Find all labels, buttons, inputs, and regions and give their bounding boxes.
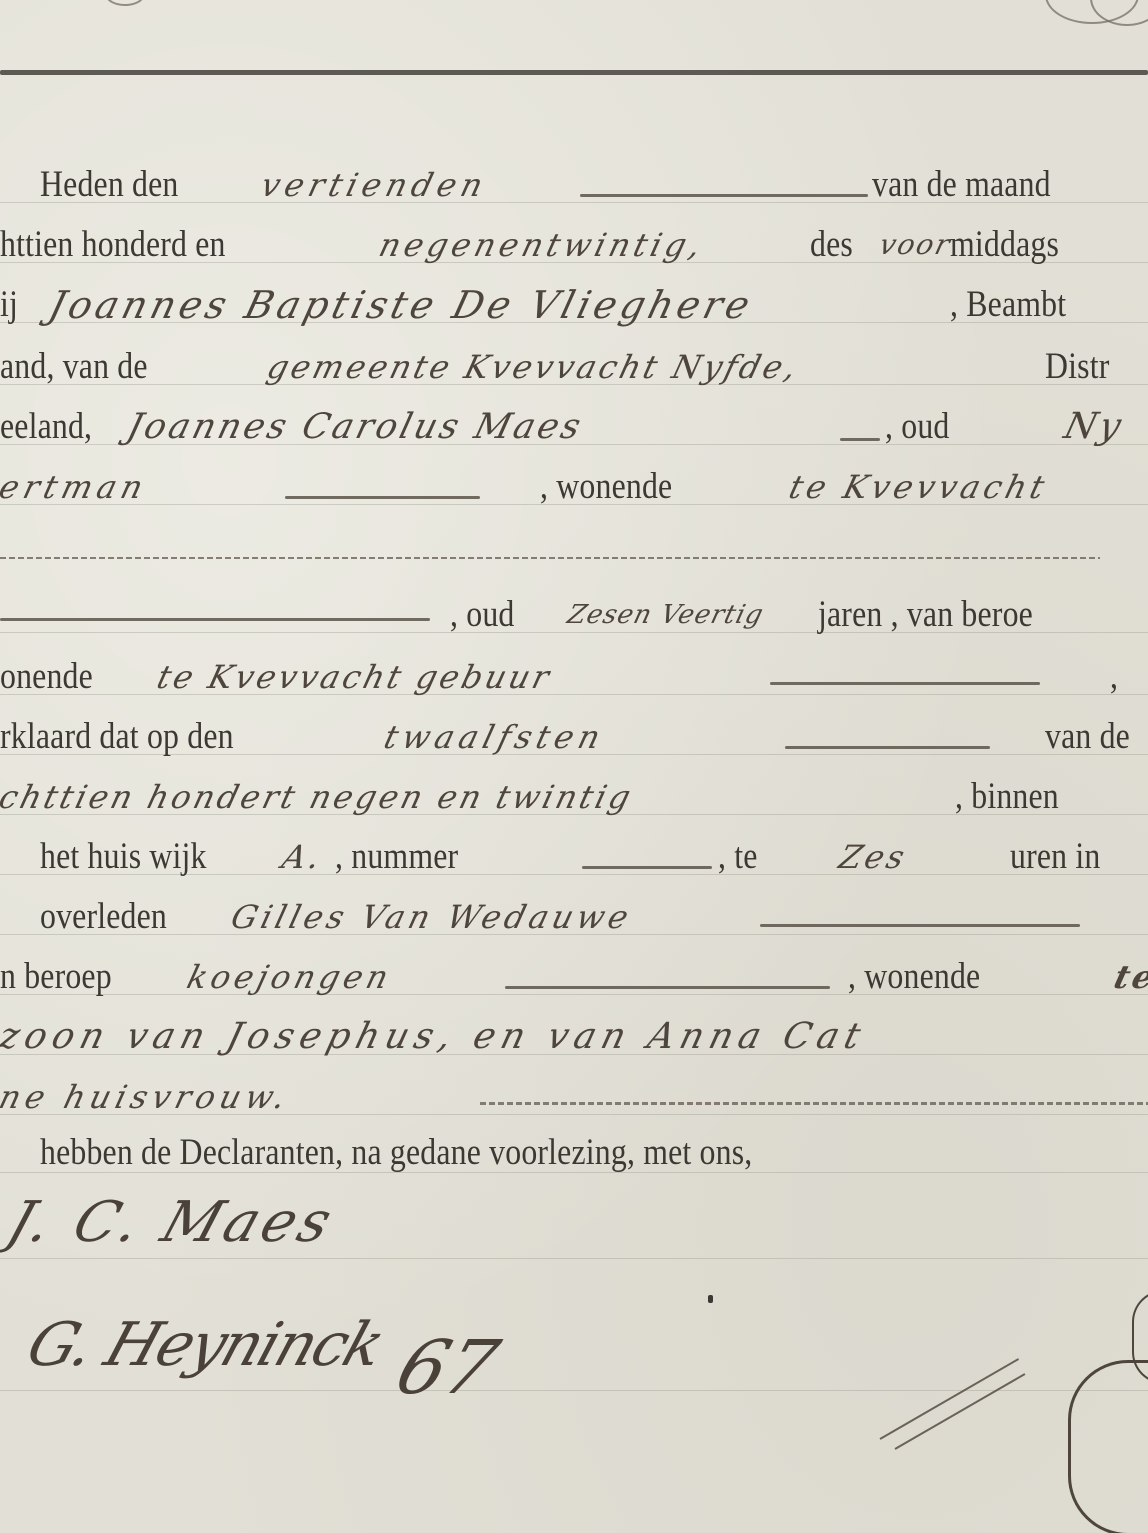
handwritten-year: negenentwintig,	[374, 220, 710, 270]
signature-official-partial	[1068, 1360, 1148, 1533]
handwritten-death-day: twaalfsten	[379, 712, 611, 762]
section-divider-rule	[0, 70, 1148, 75]
handwritten-deceased-name: Gilles Van Wedauwe	[226, 892, 638, 942]
handwritten-residence-3: ten	[1109, 952, 1148, 1002]
fill-line	[840, 438, 880, 441]
record-line-2: httien honderd en negenentwintig, des vo…	[0, 220, 1148, 270]
handwritten-residence: te Kvevvacht	[784, 462, 1054, 512]
guide-line	[0, 1258, 1148, 1259]
signature-declarant-2: G. Heyninck	[19, 1310, 392, 1380]
printed-text: , binnen	[955, 772, 1059, 822]
printed-text: jaren , van beroe	[818, 590, 1033, 640]
record-line-15: zoon van Josephus, en van Anna Cat	[0, 1012, 1148, 1062]
record-line-16: ne huisvrouw.	[0, 1072, 1148, 1122]
handwritten-age-2: Zesen Veertig	[562, 590, 770, 640]
record-line-13: overleden Gilles Van Wedauwe	[0, 892, 1148, 942]
printed-text: middags	[950, 220, 1059, 270]
handwritten-day: vertienden	[256, 160, 493, 210]
printed-text: overleden	[40, 892, 167, 942]
handwritten-deceased-occupation: koejongen	[182, 952, 398, 1002]
printed-text: , oud	[885, 402, 950, 452]
handwritten-occupation: ertman	[0, 462, 153, 512]
fill-line	[580, 194, 868, 197]
handwritten-municipality: gemeente Kvevvacht Nyfde,	[262, 342, 805, 392]
printed-text: ij	[0, 280, 18, 330]
printed-text: eeland,	[0, 402, 92, 452]
handwritten-parents: zoon van Josephus, en van Anna Cat	[0, 1012, 871, 1062]
printed-text: , wonende	[540, 462, 672, 512]
record-line-9: onende te Kvevvacht gebuur ,	[0, 652, 1148, 702]
record-line-12: het huis wijk A. , nummer , te Zes uren …	[0, 832, 1148, 882]
guide-line	[0, 1390, 1148, 1391]
printed-text: , te	[718, 832, 758, 882]
printed-text: , oud	[450, 590, 515, 640]
record-line-3: ij Joannes Baptiste De Vlieghere , Beamb…	[0, 280, 1148, 330]
record-line-8: , oud Zesen Veertig jaren , van beroe	[0, 590, 1148, 640]
handwritten-voor: voor	[874, 220, 957, 270]
handwritten-spouse-status: ne huisvrouw.	[0, 1072, 296, 1122]
printed-text: httien honderd en	[0, 220, 226, 270]
printed-text: and, van de	[0, 342, 148, 392]
printed-text: uren in	[1010, 832, 1100, 882]
printed-text: , nummer	[335, 832, 458, 882]
fill-line	[285, 496, 480, 499]
printed-text: ,	[1110, 652, 1118, 702]
printed-text: onende	[0, 652, 93, 702]
printed-text: hebben de Declaranten, na gedane voorlez…	[40, 1128, 752, 1178]
printed-text: , wonende	[848, 952, 980, 1002]
printed-text: , Beambt	[950, 280, 1066, 330]
record-line-7-blank	[0, 530, 1148, 580]
fill-line	[505, 986, 830, 989]
dotted-fill-line	[0, 557, 1100, 559]
printed-text: Heden den	[40, 160, 179, 210]
fill-line	[0, 618, 430, 621]
record-line-4: and, van de gemeente Kvevvacht Nyfde, Di…	[0, 342, 1148, 392]
signature-declarant-1: J. C. Maes	[0, 1190, 343, 1255]
fill-line	[770, 682, 1040, 685]
handwritten-hour: Zes	[834, 832, 913, 882]
handwritten-age: Ny	[1059, 402, 1129, 452]
record-line-6: ertman , wonende te Kvevvacht	[0, 462, 1148, 512]
fill-line	[582, 866, 712, 869]
dotted-fill-line	[480, 1102, 1148, 1105]
record-line-14: n beroep koejongen , wonende ten	[0, 952, 1148, 1002]
handwritten-residence-2: te Kvevvacht gebuur	[152, 652, 558, 702]
fill-line	[760, 924, 1080, 927]
printed-text: n beroep	[0, 952, 112, 1002]
printed-text: rklaard dat op den	[0, 712, 234, 762]
handwritten-death-year: chttien hondert negen en twintig	[0, 772, 639, 822]
record-line-10: rklaard dat op den twaalfsten van de	[0, 712, 1148, 762]
printed-text: Distr	[1045, 342, 1110, 392]
handwritten-official-name: Joannes Baptiste De Vlieghere	[44, 280, 759, 330]
printed-text: het huis wijk	[40, 832, 207, 882]
printed-text: des	[810, 220, 853, 270]
ink-dot	[708, 1295, 713, 1303]
printed-text: van de	[1045, 712, 1130, 762]
record-line-1: Heden den vertienden van de maand	[0, 160, 1148, 210]
printed-text: van de maand	[872, 160, 1051, 210]
handwritten-declarant-name: Joannes Carolus Maes	[122, 402, 589, 452]
record-line-17: hebben de Declaranten, na gedane voorlez…	[0, 1128, 1148, 1178]
record-line-5: eeland, Joannes Carolus Maes , oud Ny	[0, 402, 1148, 452]
fill-line	[785, 746, 990, 749]
record-line-11: chttien hondert negen en twintig , binne…	[0, 772, 1148, 822]
